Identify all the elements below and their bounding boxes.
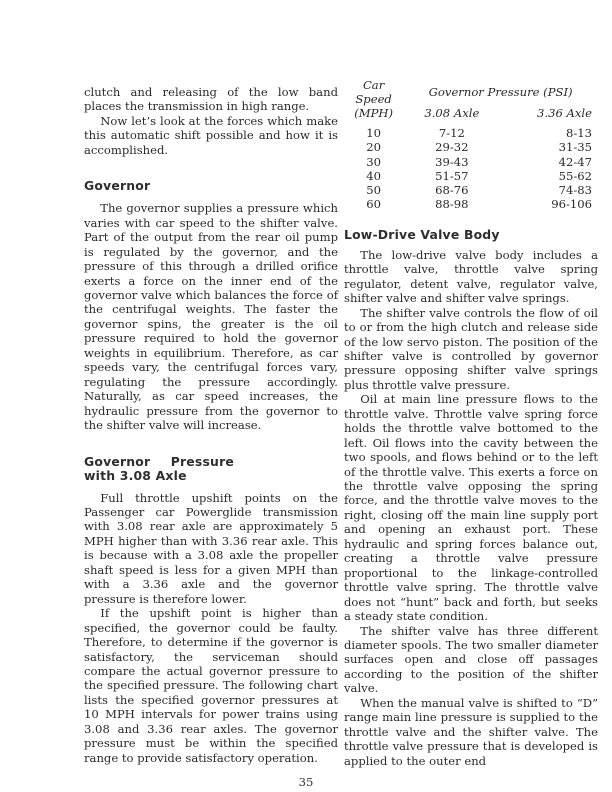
column-header-mph: (MPH): [344, 106, 403, 120]
column-header-car-speed: Car Speed: [344, 78, 403, 106]
governor-pressure-table: Car Speed Governor Pressure (PSI) (MPH) …: [344, 78, 598, 212]
column-header-308-axle: 3.08 Axle: [403, 106, 500, 120]
paragraph: Oil at main line pressure flows to the t…: [344, 392, 598, 623]
table-subheader-row: (MPH) 3.08 Axle 3.36 Axle: [344, 106, 598, 120]
paragraph: The low-drive valve body includes a thro…: [344, 248, 598, 306]
paragraph: When the manual valve is shifted to “D” …: [344, 696, 598, 768]
page-number: 35: [0, 775, 612, 789]
section-heading-governor-pressure: Governor Pressure with 3.08 Axle: [84, 455, 234, 483]
table-row: 30 39-43 42-47: [344, 155, 598, 169]
section-heading-low-drive-valve-body: Low-Drive Valve Body: [344, 228, 598, 242]
table-header-row: Car Speed Governor Pressure (PSI): [344, 78, 598, 106]
paragraph: Full throttle upshift points on the Pass…: [84, 491, 338, 607]
table-row: 50 68-76 74-83: [344, 183, 598, 197]
paragraph: The governor supplies a pressure which v…: [84, 201, 338, 432]
right-column: Car Speed Governor Pressure (PSI) (MPH) …: [344, 78, 598, 768]
table-row: 40 51-57 55-62: [344, 169, 598, 183]
paragraph: The shifter valve controls the flow of o…: [344, 306, 598, 393]
paragraph: clutch and releasing of the low band pla…: [84, 85, 338, 114]
paragraph: The shifter valve has three different di…: [344, 624, 598, 696]
left-column: clutch and releasing of the low band pla…: [84, 85, 338, 765]
paragraph: Now let’s look at the forces which make …: [84, 114, 338, 157]
section-heading-governor: Governor: [84, 179, 338, 193]
paragraph: If the upshift point is higher than spec…: [84, 606, 338, 765]
table-row: 10 7-12 8-13: [344, 126, 598, 140]
column-header-336-axle: 3.36 Axle: [500, 106, 598, 120]
table-row: 60 88-98 96-106: [344, 197, 598, 211]
column-header-governor-pressure: Governor Pressure (PSI): [403, 78, 598, 106]
table-row: 20 29-32 31-35: [344, 140, 598, 154]
